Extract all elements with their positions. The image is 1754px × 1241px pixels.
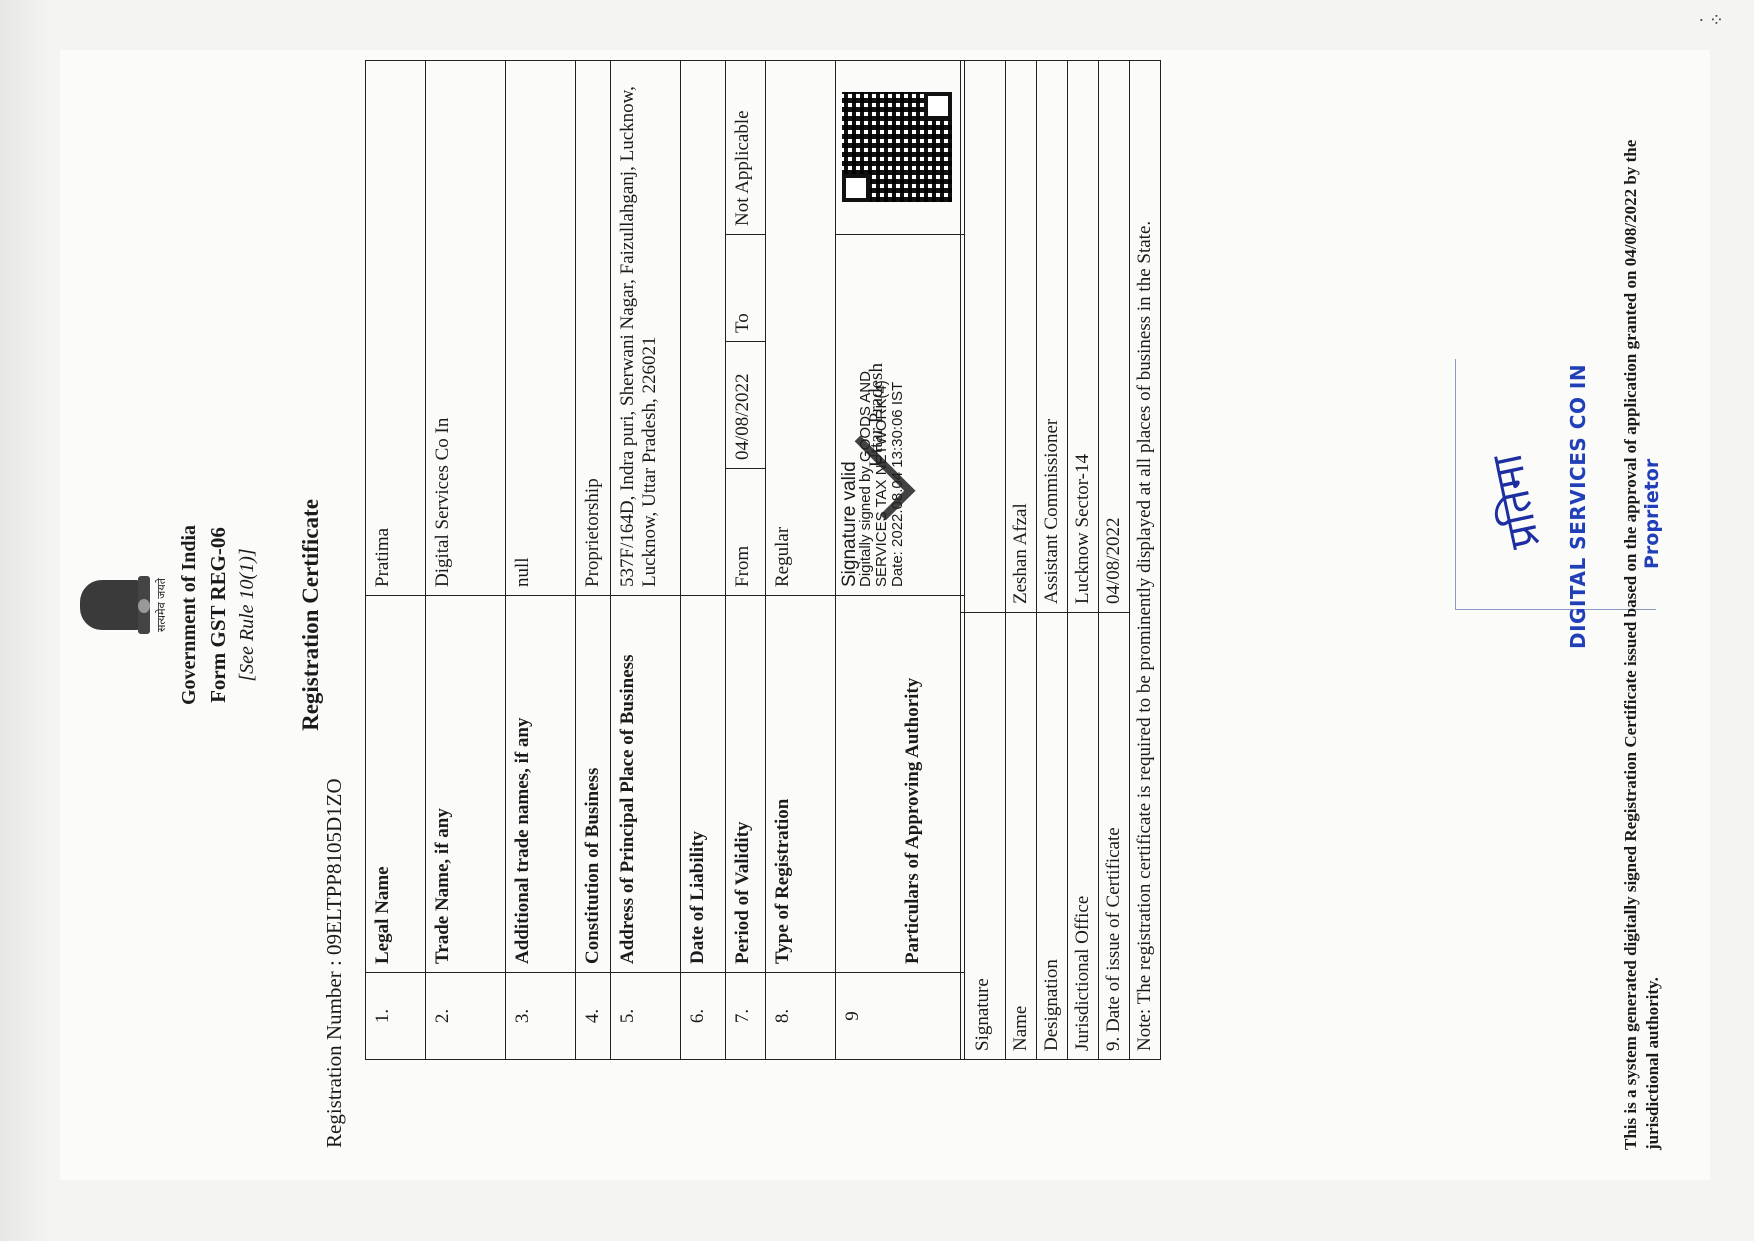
system-generated-footer: This is a system generated digitally sig…	[1620, 70, 1664, 1150]
form-heading: Form GST REG-06	[206, 50, 231, 1180]
table-row: 9 Particulars of Approving Authority Sig…	[836, 61, 965, 1060]
table-row: 4. Constitution of Business Proprietorsh…	[576, 61, 611, 1060]
national-emblem-icon: सत्यमेव जयते	[80, 570, 175, 640]
details-table: 1. Legal Name Pratima 2. Trade Name, if …	[365, 60, 965, 1060]
table-row: Designation Assistant Commissioner	[1037, 61, 1068, 1060]
authority-table: Signature Name Zeshan Afzal Designation …	[960, 60, 1161, 1060]
validity-to-value: Not Applicable	[726, 61, 766, 235]
table-row: 6. Date of Liability	[681, 61, 726, 1060]
table-row: 1. Legal Name Pratima	[366, 61, 426, 1060]
table-row: 5. Address of Principal Place of Busines…	[611, 61, 681, 1060]
table-row: 2. Trade Name, if any Digital Services C…	[426, 61, 506, 1060]
constitution-value: Proprietorship	[576, 61, 611, 596]
handwritten-signature: प्रतिमा	[1477, 449, 1552, 553]
approving-authority-label: Particulars of Approving Authority	[902, 678, 923, 964]
trade-name-value: Digital Services Co In	[426, 61, 506, 596]
table-row: Name Zeshan Afzal	[1006, 61, 1037, 1060]
government-heading: Government of India	[178, 50, 201, 1180]
table-row: Note: The registration certificate is re…	[1130, 61, 1161, 1060]
authority-name: Zeshan Afzal	[1006, 61, 1037, 613]
additional-trade-names-value: null	[506, 61, 576, 596]
table-row: 3. Additional trade names, if any null	[506, 61, 576, 1060]
jurisdictional-office: Lucknow Sector-14	[1068, 61, 1099, 613]
table-row: Jurisdictional Office Lucknow Sector-14	[1068, 61, 1099, 1060]
legal-name-value: Pratima	[366, 61, 426, 596]
display-note: Note: The registration certificate is re…	[1130, 61, 1161, 1060]
certificate-title: Registration Certificate	[298, 50, 324, 1180]
table-row: 9. Date of issue of Certificate 04/08/20…	[1099, 61, 1130, 1060]
issue-date: 04/08/2022	[1099, 61, 1130, 613]
registration-type-value: Regular	[766, 61, 836, 596]
scan-edge	[0, 0, 52, 1241]
table-row: 7. Period of Validity From 04/08/2022 To…	[726, 61, 766, 1060]
authority-designation: Assistant Commissioner	[1037, 61, 1068, 613]
certificate-page: सत्यमेव जयते Government of India Form GS…	[60, 50, 1710, 1180]
validity-from-value: 04/08/2022	[726, 342, 766, 469]
registration-number: Registration Number : 09ELTPP8105D1ZO	[322, 778, 347, 1148]
stamp-company: DIGITAL SERVICES CO IN	[1566, 364, 1590, 649]
liability-date-value	[681, 61, 726, 596]
qr-code-icon	[842, 93, 952, 203]
table-row: 8. Type of Registration Regular	[766, 61, 836, 1060]
scan-specks: · ⁘	[1698, 10, 1724, 31]
emblem-motto: सत्यमेव जयते	[154, 570, 169, 640]
digital-signature-block: Signature valid Digitally signed by GOOD…	[842, 243, 906, 587]
address-value: 537F/164D, Indra puri, Sherwani Nagar, F…	[611, 61, 681, 596]
rule-reference: [See Rule 10(1)]	[236, 50, 259, 1180]
